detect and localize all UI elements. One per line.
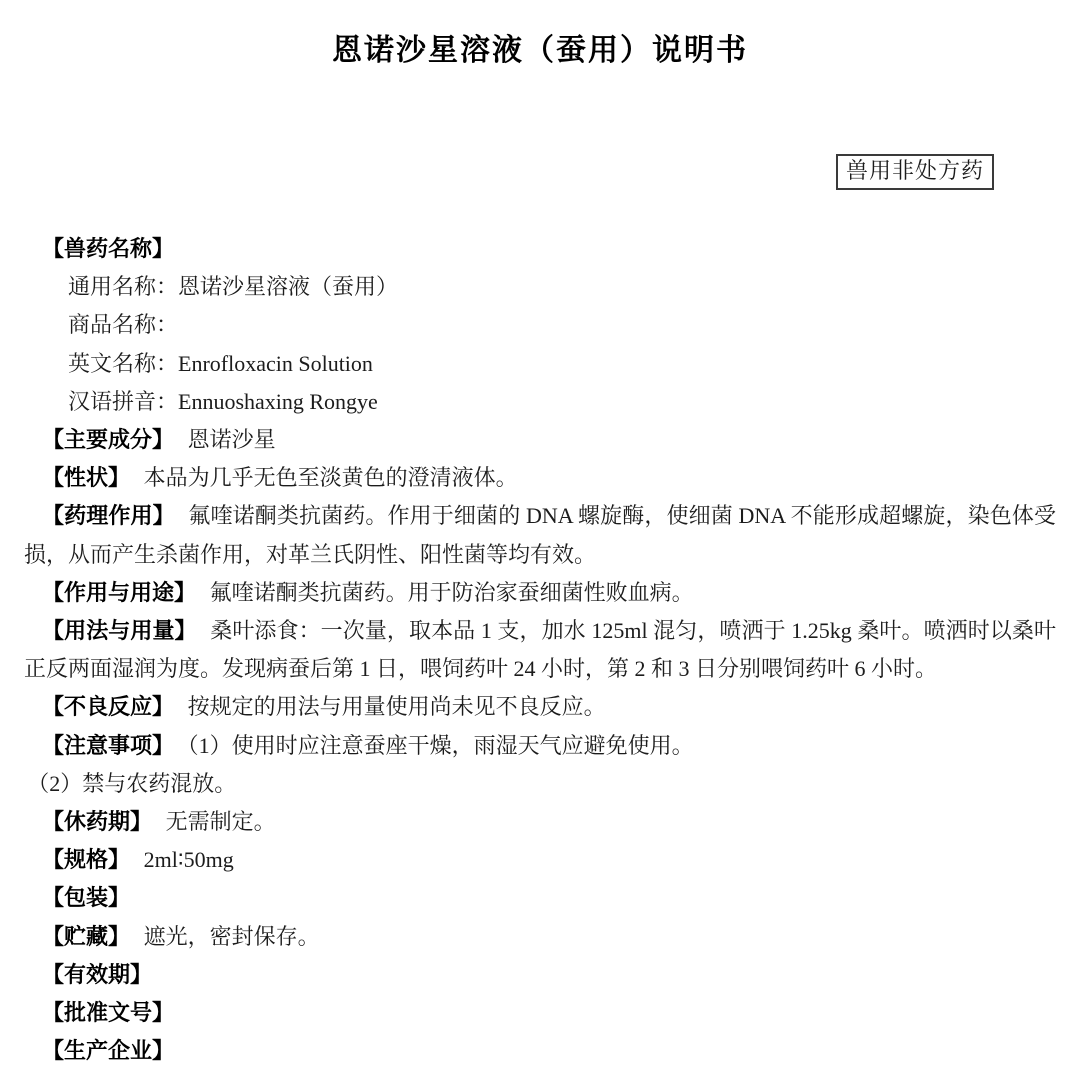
section-paragraph: 【性状】本品为几乎无色至淡黄色的澄清液体。 (24, 459, 1056, 497)
section-paragraph: 【不良反应】按规定的用法与用量使用尚未见不良反应。 (24, 688, 1056, 726)
section-paragraph: 汉语拼音：Ennuoshaxing Rongye (24, 383, 1056, 421)
section-paragraph: 【兽药名称】 (24, 230, 1056, 268)
section-text: 恩诺沙星 (188, 427, 276, 452)
section-heading: 【作用与用途】 (42, 580, 196, 605)
section-heading: 【包装】 (42, 885, 130, 910)
section-heading: 【兽药名称】 (42, 236, 174, 261)
section-text: （1）使用时应注意蚕座干燥，雨湿天气应避免使用。 (188, 733, 694, 758)
section-heading: 【生产企业】 (42, 1038, 174, 1063)
section-heading: 【性状】 (42, 465, 130, 490)
document-page: 恩诺沙星溶液（蚕用）说明书 兽用非处方药 【兽药名称】通用名称：恩诺沙星溶液（蚕… (0, 0, 1080, 1080)
section-text: 氟喹诺酮类抗菌药。用于防治家蚕细菌性败血病。 (210, 580, 694, 605)
section-paragraph: 【包装】 (24, 879, 1056, 917)
section-paragraph: 【有效期】 (24, 956, 1056, 994)
section-heading: 【有效期】 (42, 962, 152, 987)
section-paragraph: 【贮藏】遮光，密封保存。 (24, 918, 1056, 956)
section-heading: 【批准文号】 (42, 1000, 174, 1025)
document-title: 恩诺沙星溶液（蚕用）说明书 (24, 28, 1056, 74)
section-paragraph: 【注意事项】（1）使用时应注意蚕座干燥，雨湿天气应避免使用。 (24, 727, 1056, 765)
section-paragraph: 【规格】2ml∶50mg (24, 841, 1056, 879)
section-text: 2ml∶50mg (144, 847, 234, 872)
section-paragraph: 通用名称：恩诺沙星溶液（蚕用） (24, 268, 1056, 306)
section-text: 按规定的用法与用量使用尚未见不良反应。 (188, 694, 606, 719)
section-paragraph: 商品名称： (24, 306, 1056, 344)
section-text: （2）禁与农药混放。 (27, 771, 236, 796)
section-paragraph: 【用法与用量】桑叶添食：一次量，取本品 1 支，加水 125ml 混匀，喷洒于 … (24, 612, 1056, 688)
otc-label-box: 兽用非处方药 (836, 154, 994, 190)
section-paragraph: （2）禁与农药混放。 (24, 765, 1056, 803)
section-text: 商品名称： (68, 312, 178, 337)
section-heading: 【休药期】 (42, 809, 152, 834)
section-paragraph: 【批准文号】 (24, 994, 1056, 1032)
section-text: 本品为几乎无色至淡黄色的澄清液体。 (144, 465, 518, 490)
section-heading: 【药理作用】 (42, 503, 175, 528)
section-heading: 【规格】 (42, 847, 130, 872)
section-paragraph: 【生产企业】 (24, 1032, 1056, 1070)
otc-label-row: 兽用非处方药 (24, 154, 1056, 190)
section-paragraph: 【作用与用途】氟喹诺酮类抗菌药。用于防治家蚕细菌性败血病。 (24, 574, 1056, 612)
section-paragraph: 英文名称：Enrofloxacin Solution (24, 345, 1056, 383)
section-heading: 【不良反应】 (42, 694, 174, 719)
section-heading: 【注意事项】 (42, 733, 174, 758)
section-heading: 【用法与用量】 (42, 618, 197, 643)
section-text: 英文名称：Enrofloxacin Solution (68, 351, 373, 376)
document-body: 【兽药名称】通用名称：恩诺沙星溶液（蚕用）商品名称：英文名称：Enrofloxa… (24, 230, 1056, 1070)
section-paragraph: 【主要成分】恩诺沙星 (24, 421, 1056, 459)
section-text: 氟喹诺酮类抗菌药。作用于细菌的 DNA 螺旋酶，使细菌 DNA 不能形成超螺旋，… (24, 503, 1056, 566)
section-heading: 【贮藏】 (42, 924, 130, 949)
section-text: 汉语拼音：Ennuoshaxing Rongye (68, 389, 378, 414)
section-text: 遮光，密封保存。 (144, 924, 320, 949)
section-paragraph: 【休药期】无需制定。 (24, 803, 1056, 841)
section-paragraph: 【药理作用】氟喹诺酮类抗菌药。作用于细菌的 DNA 螺旋酶，使细菌 DNA 不能… (24, 497, 1056, 573)
section-text: 无需制定。 (166, 809, 276, 834)
section-text: 通用名称：恩诺沙星溶液（蚕用） (68, 274, 398, 299)
section-heading: 【主要成分】 (42, 427, 174, 452)
